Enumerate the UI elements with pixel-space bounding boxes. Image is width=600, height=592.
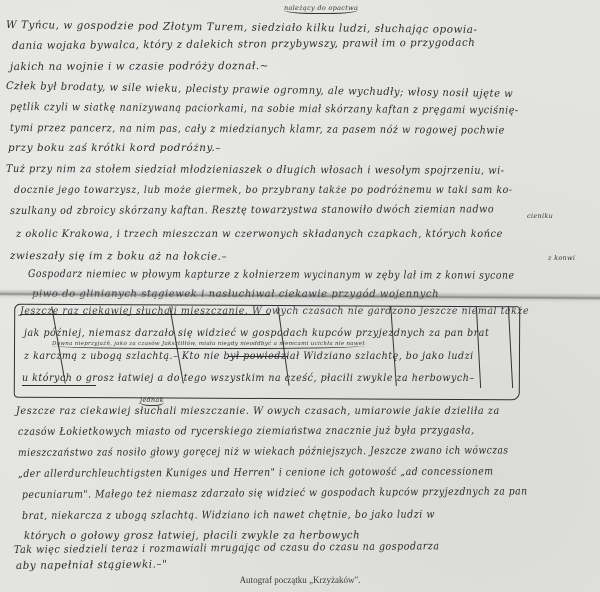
manuscript-line-1: W Tyńcu, w gospodzie pod Złotym Turem, s… — [6, 19, 478, 36]
insertion-top: należący do opactwa — [284, 4, 358, 14]
manuscript-line-21: których o gołowy grosz łatwiej, płacili … — [24, 529, 360, 542]
manuscript-line-19: pecuniarum". Małego też niemasz zdarzało… — [22, 485, 528, 501]
manuscript-page: należący do opactwa W Tyńcu, w gospodzie… — [0, 0, 600, 592]
manuscript-line-8: Tuż przy nim za stołem siedział młodzien… — [6, 163, 505, 177]
manuscript-line-7: przy boku zaś krótki kord podróżny.– — [8, 142, 221, 154]
paper-fold-crease — [0, 289, 600, 303]
manuscript-line-16: czasów Łokietkowych miasto od rycerskieg… — [18, 424, 475, 438]
manuscript-line-23: aby napełniał stągiewki.–" — [16, 558, 168, 572]
manuscript-line-12: zwieszały się im z boku aż na łokcie.– — [10, 250, 227, 263]
manuscript-line-9: docznie jego towarzysz, lub może giermek… — [14, 184, 513, 196]
figure-caption: Autograf początku „Krzyżaków". — [0, 575, 600, 585]
manuscript-line-11: z okolic Krakowa, i trzech mieszczan w c… — [16, 228, 503, 240]
insertion-z-konwi: z konwi — [548, 254, 575, 262]
manuscript-line-17: mieszczaństwo zaś nosiło głowy goręcej n… — [18, 444, 509, 459]
manuscript-line-13: Gospodarz niemiec w płowym kapturze z ko… — [28, 268, 515, 282]
manuscript-line-3: jakich na wojnie i w czasie podróży dozn… — [10, 60, 269, 73]
manuscript-line-5: pętlik czyli w siatkę nanizywaną paciork… — [10, 101, 519, 117]
insertion-boxed-note: Dawna nieprzyjaźń, jako za czasów Jakszt… — [52, 341, 365, 349]
manuscript-line-15: Jeszcze raz ciekawiej słuchali mieszczan… — [16, 405, 500, 417]
strike-line-4 — [22, 385, 96, 386]
manuscript-line-6: tymi przez pancerz, na nim pas, cały z m… — [10, 122, 505, 137]
manuscript-line-20: brat, niekarcza z ubogą szlachtą. Widzia… — [22, 509, 435, 522]
strike-line-3 — [228, 356, 288, 357]
crossed-line-2: jak później, niemasz darzało się widzieć… — [24, 327, 489, 339]
manuscript-line-10: szulkany od zbroicy skórzany kaftan. Res… — [10, 203, 494, 217]
manuscript-line-2: dania wojaka bywalca, który z dalekich s… — [12, 37, 475, 52]
manuscript-line-4: Człek był brodaty, w sile wieku, plecist… — [6, 80, 513, 100]
manuscript-line-18: „der allerdurchleuchtigsten Kuniges und … — [18, 466, 494, 480]
insertion-cieniki: cieniku — [527, 212, 553, 220]
strike-line-1 — [20, 314, 270, 315]
manuscript-line-22: Tak więc siedzieli teraz i rozmawiali mr… — [14, 540, 440, 556]
crossed-line-1: Jeszcze raz ciekawiej słuchali mieszczan… — [20, 305, 529, 317]
crossed-line-4: u których o grosz łatwiej a do tego wszy… — [22, 372, 475, 384]
